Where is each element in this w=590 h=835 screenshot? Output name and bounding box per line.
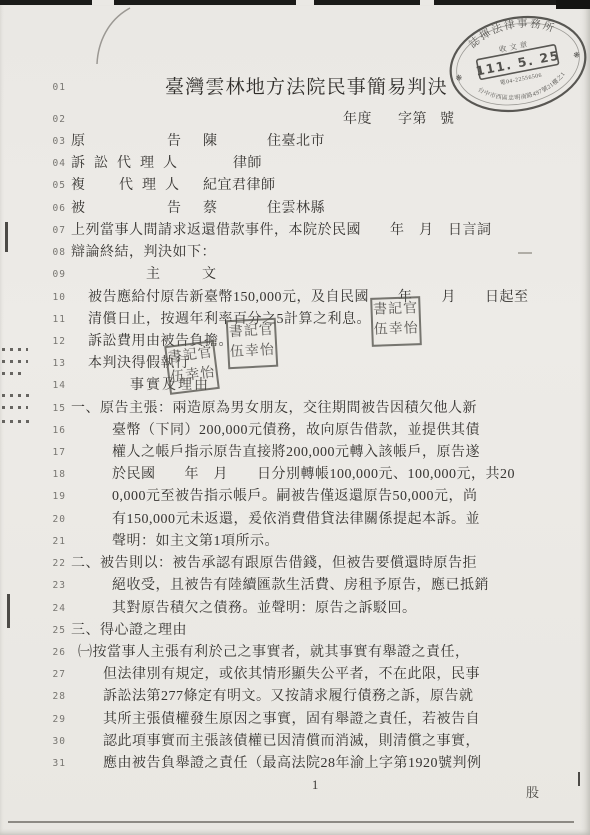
stamp-flower-right-icon: ❋	[573, 50, 582, 60]
line-text: 文	[202, 264, 217, 286]
document-line-15: 15一、原告主張：兩造原為男女朋友，交往期間被告因積欠他人新	[0, 398, 590, 421]
clerk-seal-name: 伍幸怡	[229, 341, 276, 363]
line-number: 10	[38, 292, 66, 303]
document-line-25: 25三、得心證之理由	[0, 620, 590, 643]
line-number: 01	[38, 82, 66, 93]
line-number: 16	[38, 425, 66, 436]
document-line-19: 190,000元至被告指示帳戶。嗣被告僅返還原告50,000元，尚	[0, 486, 590, 509]
line-text: 紀宜君律師	[203, 175, 276, 197]
line-number: 13	[38, 358, 66, 369]
line-text: 被	[71, 198, 86, 220]
line-text: 主	[146, 264, 161, 286]
line-text: 字第	[398, 109, 427, 131]
line-text: 訴訟代理人	[71, 153, 186, 175]
line-text: 告	[167, 131, 182, 153]
line-text: 代理人	[119, 175, 188, 197]
line-text: ㈠按當事人主張有利於己之事實者，就其事實有舉證之責任，	[78, 642, 470, 664]
clerk-seal-role: 書記官	[372, 299, 419, 321]
clerk-seal-stamp: 書記官 伍幸怡	[226, 318, 278, 370]
line-number: 07	[38, 225, 66, 236]
clerk-seal-name: 伍幸怡	[169, 363, 217, 388]
line-number: 21	[38, 536, 66, 547]
clerk-seal-role: 書記官	[228, 321, 275, 343]
document-line-28: 28訴訟法第277條定有明文。又按請求履行債務之訴，原告就	[0, 686, 590, 709]
line-text: 絕收受，且被告有陸續匯款生活費、房租予原告，應已抵銷	[112, 575, 489, 597]
line-number: 08	[38, 247, 66, 258]
scan-top-edge	[0, 0, 590, 5]
scan-top-edge-gap	[420, 0, 434, 5]
line-text: 上列當事人間請求返還借款事件，本院於民國 年 月 日言詞	[71, 220, 492, 242]
line-number: 19	[38, 491, 66, 502]
line-number: 23	[38, 580, 66, 591]
scan-bottom-edge	[8, 821, 574, 823]
line-number: 22	[38, 558, 66, 569]
line-number: 28	[38, 691, 66, 702]
line-text: 辯論終結，判決如下：	[71, 242, 216, 264]
line-text: 住雲林縣	[267, 198, 325, 220]
line-text: 律師	[233, 153, 262, 175]
document-line-30: 30認此項事實而主張該債權已因清償而消滅，則清償之事實，	[0, 731, 590, 754]
document-line-07: 07上列當事人間請求返還借款事件，本院於民國 年 月 日言詞	[0, 220, 590, 243]
document-line-09: 09主文	[0, 264, 590, 287]
line-number: 14	[38, 380, 66, 391]
scan-top-edge-gap	[296, 0, 314, 5]
document-line-27: 27但法律別有規定，或依其情形顯失公平者，不在此限，民事	[0, 664, 590, 687]
document-line-04: 04訴訟代理人律師	[0, 153, 590, 176]
line-text: 年度	[343, 109, 372, 131]
document-line-05: 05複代理人紀宜君律師	[0, 175, 590, 198]
scan-top-edge-gap	[92, 0, 114, 5]
document-line-31: 31應由被告負舉證之責任（最高法院28年渝上字第1920號判例	[0, 753, 590, 776]
line-text: 臺幣（下同）200,000元債務，故向原告借款，並提供其債	[112, 420, 480, 442]
line-number: 24	[38, 603, 66, 614]
line-text: 複	[71, 175, 86, 197]
line-number: 31	[38, 758, 66, 769]
document-line-17: 17權人之帳戶指示原告直接將200,000元轉入該帳戶，原告遂	[0, 442, 590, 465]
line-number: 02	[38, 114, 66, 125]
line-text: 其對原告積欠之債務。並聲明：原告之訴駁回。	[112, 598, 417, 620]
line-text: 告	[167, 198, 182, 220]
document-line-24: 24其對原告積欠之債務。並聲明：原告之訴駁回。	[0, 598, 590, 621]
document-line-21: 21聲明：如主文第1項所示。	[0, 531, 590, 554]
line-number: 29	[38, 714, 66, 725]
line-text: 住臺北市	[267, 131, 325, 153]
document-line-08: 08辯論終結，判決如下：	[0, 242, 590, 265]
line-number: 12	[38, 336, 66, 347]
line-number: 20	[38, 514, 66, 525]
line-number: 26	[38, 647, 66, 658]
line-number: 11	[38, 314, 66, 325]
line-number: 05	[38, 180, 66, 191]
document-line-10: 10被告應給付原告新臺幣150,000元，及自民國 年 月 日起至	[0, 287, 590, 310]
line-number: 30	[38, 736, 66, 747]
document-line-06: 06被告蔡住雲林縣	[0, 198, 590, 221]
line-text: 臺灣雲林地方法院民事簡易判決	[165, 77, 448, 99]
line-text: 有150,000元未返還，爰依消費借貸法律關係提起本訴。並	[112, 509, 480, 531]
page-number: 1	[312, 778, 318, 793]
division-label: 股	[526, 782, 539, 801]
document-line-12: 12訴訟費用由被告負擔。	[0, 331, 590, 354]
line-text: 三、得心證之理由	[71, 620, 187, 642]
line-number: 09	[38, 269, 66, 280]
document-line-14: 14事實及理由	[0, 375, 590, 398]
line-number: 15	[38, 403, 66, 414]
line-text: 聲明：如主文第1項所示。	[112, 531, 279, 553]
line-text: 被告應給付原告新臺幣150,000元，及自民國 年 月 日起至	[88, 287, 529, 309]
line-number: 03	[38, 136, 66, 147]
document-line-29: 29其所主張債權發生原因之事實，固有舉證之責任，若被告自	[0, 709, 590, 732]
line-text: 認此項事實而主張該債權已因清償而消滅，則清償之事實，	[103, 731, 480, 753]
line-number: 04	[38, 158, 66, 169]
document-line-18: 18於民國 年 月 日分別轉帳100,000元、100,000元，共20	[0, 464, 590, 487]
line-text: 訴訟法第277條定有明文。又按請求履行債務之訴，原告就	[103, 686, 474, 708]
line-number: 27	[38, 669, 66, 680]
line-text: 但法律別有規定，或依其情形顯失公平者，不在此限，民事	[103, 664, 480, 686]
line-number: 25	[38, 625, 66, 636]
line-text: 權人之帳戶指示原告直接將200,000元轉入該帳戶，原告遂	[112, 442, 480, 464]
stamp-flower-left-icon: ❋	[455, 73, 464, 83]
line-text: 蔡	[203, 198, 218, 220]
line-text: 於民國 年 月 日分別轉帳100,000元、100,000元，共20	[112, 464, 515, 486]
document-line-03: 03原告陳住臺北市	[0, 131, 590, 154]
stamp-phone: 電04-22556506	[499, 71, 542, 87]
line-text: 應由被告負舉證之責任（最高法院28年渝上字第1920號判例	[103, 753, 482, 775]
document-line-26: 26㈠按當事人主張有利於己之事實者，就其事實有舉證之責任，	[0, 642, 590, 665]
clerk-seal-name: 伍幸怡	[373, 319, 420, 341]
line-text: 一、原告主張：兩造原為男女朋友，交往期間被告因積欠他人新	[71, 398, 477, 420]
document-line-23: 23絕收受，且被告有陸續匯款生活費、房租予原告，應已抵銷	[0, 575, 590, 598]
scanned-judgment-page: 01臺灣雲林地方法院民事簡易判決02年度字第號03原告陳住臺北市04訴訟代理人律…	[0, 0, 590, 835]
line-number: 18	[38, 469, 66, 480]
document-line-20: 20有150,000元未返還，爰依消費借貸法律關係提起本訴。並	[0, 509, 590, 532]
line-text: 原	[71, 131, 86, 153]
line-number: 06	[38, 203, 66, 214]
clerk-seal-stamp: 書記官 伍幸怡	[370, 296, 422, 347]
line-text: 其所主張債權發生原因之事實，固有舉證之責任，若被告自	[103, 709, 480, 731]
line-number: 17	[38, 447, 66, 458]
document-line-13: 13本判決得假執行	[0, 353, 590, 376]
line-text: 陳	[203, 131, 218, 153]
document-line-16: 16臺幣（下同）200,000元債務，故向原告借款，並提供其債	[0, 420, 590, 443]
scan-curve-artifact	[90, 6, 140, 66]
clerk-seal-stamp: 書記官 伍幸怡	[164, 340, 220, 395]
line-text: 二、被告則以：被告承認有跟原告借錢，但被告要償還時原告拒	[71, 553, 477, 575]
document-line-11: 11清償日止，按週年利率百分之5計算之利息。	[0, 309, 590, 332]
line-text: 0,000元至被告指示帳戶。嗣被告僅返還原告50,000元，尚	[112, 486, 478, 508]
document-line-22: 22二、被告則以：被告承認有跟原告借錢，但被告要償還時原告拒	[0, 553, 590, 576]
